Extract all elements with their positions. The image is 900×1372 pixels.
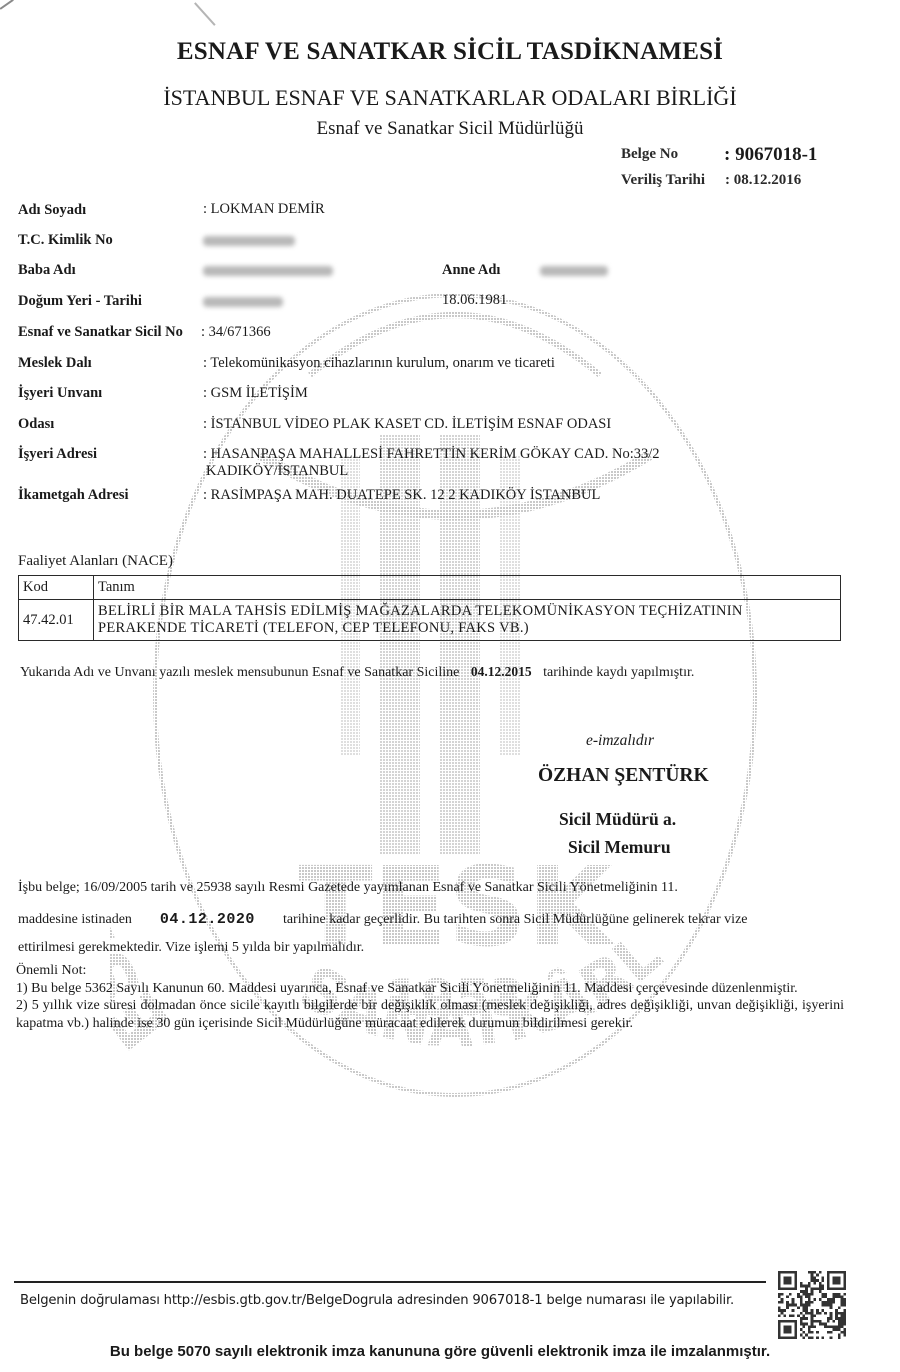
label-adi-soyadi: Adı Soyadı [18,202,86,219]
e-signature-legal-notice: Bu belge 5070 sayılı elektronik imza kan… [0,1343,880,1360]
value-isyeri-unvani: : GSM İLETİŞİM [203,385,308,402]
label-baba-adi: Baba Adı [18,262,76,279]
verilis-tarihi-value: : 08.12.2016 [725,172,801,189]
label-dogum-yeri-tarihi: Doğum Yeri - Tarihi [18,293,142,310]
registration-date: 04.12.2015 [471,664,532,679]
label-odasi: Odası [18,416,54,433]
registration-statement: Yukarıda Adı ve Unvanı yazılı meslek men… [20,664,694,681]
value-anne-adi-redacted [540,262,608,279]
table-header-row: Kod Tanım [19,576,841,600]
cell-tanim-line1: BELİRLİ BİR MALA TAHSİS EDİLMİŞ MAĞAZALA… [98,603,836,620]
label-sicil-no: Esnaf ve Sanatkar Sicil No [18,324,183,341]
e-signed-label: e-imzalıdır [586,732,654,750]
notes-heading: Önemli Not: [16,962,844,980]
header-kod: Kod [19,576,94,600]
belge-no-label: Belge No [621,146,678,163]
signer-name: ÖZHAN ŞENTÜRK [538,765,709,787]
verilis-tarihi-label: Veriliş Tarihi [621,172,705,189]
qr-code-icon[interactable] [778,1271,846,1339]
validity-line2-before: maddesine istinaden [18,912,132,927]
label-anne-adi: Anne Adı [442,262,500,279]
note-item-1: 1) Bu belge 5362 Sayılı Kanunun 60. Madd… [16,980,844,998]
value-odasi: : İSTANBUL VİDEO PLAK KASET CD. İLETİŞİM… [203,416,611,433]
value-adi-soyadi: : LOKMAN DEMİR [203,201,325,218]
header-tanim: Tanım [94,576,841,600]
value-isyeri-adresi-line2: KADIKÖY/İSTANBUL [206,463,348,480]
issuer-name: İSTANBUL ESNAF VE SANATKARLAR ODALARI Bİ… [0,85,900,111]
label-isyeri-adresi: İşyeri Adresi [18,446,97,463]
value-sicil-no: : 34/671366 [201,324,271,341]
nace-caption: Faaliyet Alanları (NACE) [18,553,173,570]
signer-role-line1: Sicil Müdürü a. [559,809,676,830]
value-dogum-tarihi: 18.06.1981 [442,292,507,309]
validity-line2: maddesine istinaden04.12.2020tarihine ka… [18,911,748,928]
registration-text-after: tarihinde kaydı yapılmıştır. [543,665,694,680]
registration-text-before: Yukarıda Adı ve Unvanı yazılı meslek men… [20,665,459,680]
nace-table: Kod Tanım 47.42.01 BELİRLİ BİR MALA TAHS… [18,575,841,641]
value-ikametgah-adresi: : RASİMPAŞA MAH. DUATEPE SK. 12 2 KADIKÖ… [203,487,600,504]
value-meslek-dali: : Telekomünikasyon cihazlarının kurulum,… [203,355,555,372]
value-isyeri-adresi-line1: : HASANPAŞA MAHALLESİ FAHRETTİN KERİM GÖ… [203,446,660,463]
label-ikametgah-adresi: İkametgah Adresi [18,487,129,504]
scan-artifact [0,0,14,9]
footer-divider [14,1281,766,1283]
valid-until-date: 04.12.2020 [160,911,255,928]
cell-tanim: BELİRLİ BİR MALA TAHSİS EDİLMİŞ MAĞAZALA… [94,600,841,641]
scan-artifact [194,2,215,25]
validity-line3: ettirilmesi gerekmektedir. Vize işlemi 5… [18,940,364,956]
belge-no-value: : 9067018-1 [724,144,817,166]
validity-line2-after: tarihine kadar geçerlidir. Bu tarihten s… [283,912,748,927]
label-meslek-dali: Meslek Dalı [18,355,92,372]
important-notes: Önemli Not: 1) Bu belge 5362 Sayılı Kanu… [16,962,844,1032]
label-tc-kimlik: T.C. Kimlik No [18,232,113,249]
table-row: 47.42.01 BELİRLİ BİR MALA TAHSİS EDİLMİŞ… [19,600,841,641]
value-dogum-yeri-redacted [203,293,283,310]
department-name: Esnaf ve Sanatkar Sicil Müdürlüğü [0,118,900,140]
label-isyeri-unvani: İşyeri Unvanı [18,385,102,402]
note-item-2: 2) 5 yıllık vize süresi dolmadan önce si… [16,997,844,1032]
signer-role-line2: Sicil Memuru [568,837,671,858]
cell-kod: 47.42.01 [19,600,94,641]
verification-text: Belgenin doğrulaması http://esbis.gtb.go… [20,1293,734,1308]
value-tc-kimlik-redacted [203,232,295,249]
value-baba-adi-redacted [203,262,333,279]
validity-line1: İşbu belge; 16/09/2005 tarih ve 25938 sa… [18,880,678,896]
cell-tanim-line2: PERAKENDE TİCARETİ (TELEFON, CEP TELEFON… [98,620,836,637]
document-title: ESNAF VE SANATKAR SİCİL TASDİKNAMESİ [0,38,900,66]
